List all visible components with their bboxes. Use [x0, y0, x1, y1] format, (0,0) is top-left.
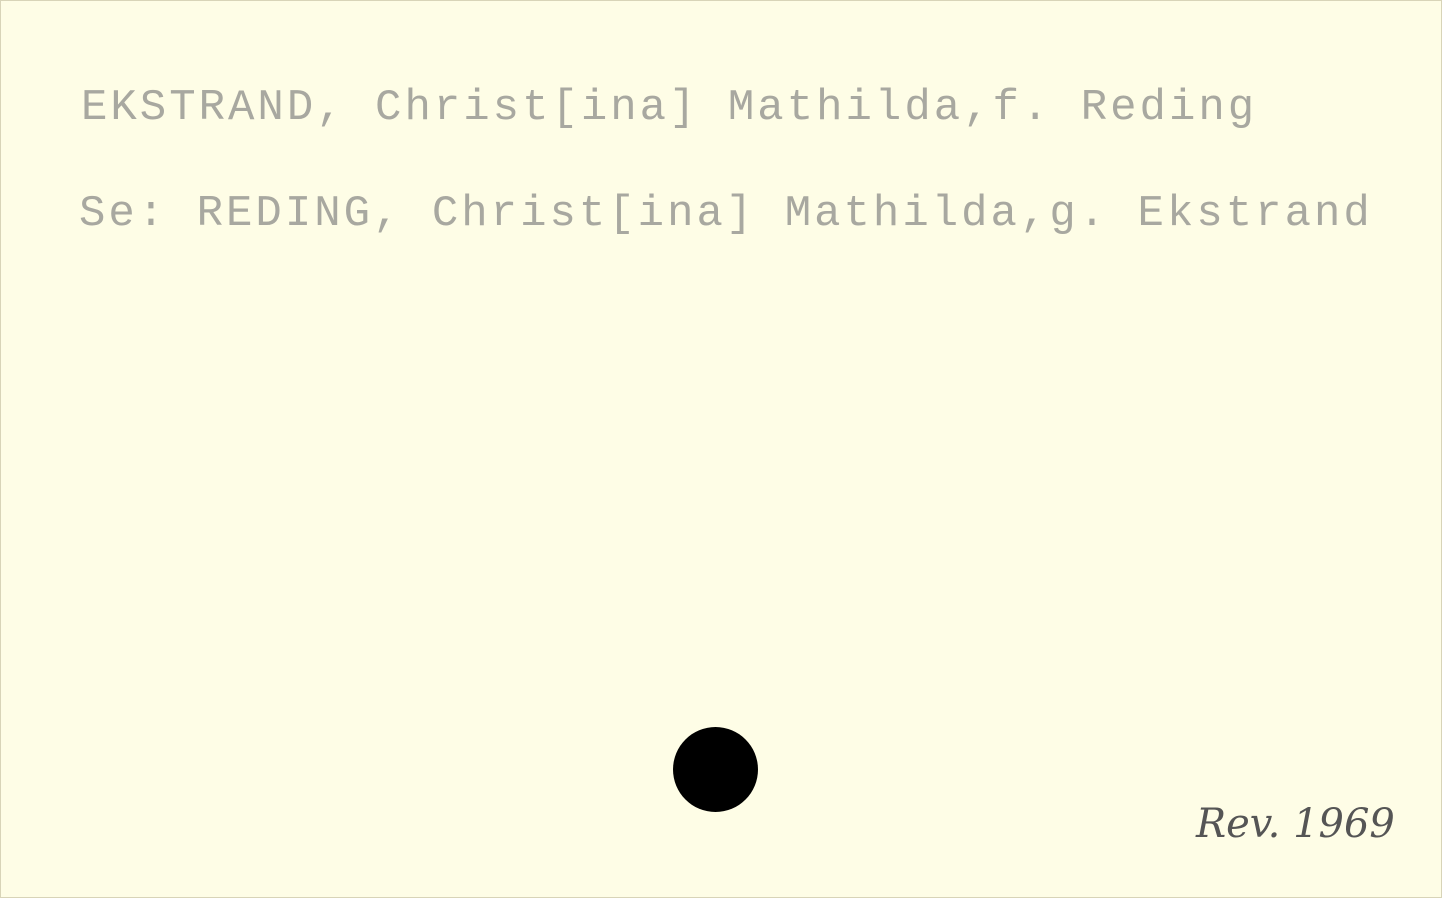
index-card: EKSTRAND, Christ[ina] Mathilda,f. Reding…: [0, 0, 1442, 898]
card-reference: Se: REDING, Christ[ina] Mathilda,g. Ekst…: [79, 189, 1373, 239]
punch-hole: [673, 727, 758, 812]
handwritten-note: Rev. 1969: [1196, 801, 1395, 847]
card-heading: EKSTRAND, Christ[ina] Mathilda,f. Reding: [81, 83, 1257, 133]
